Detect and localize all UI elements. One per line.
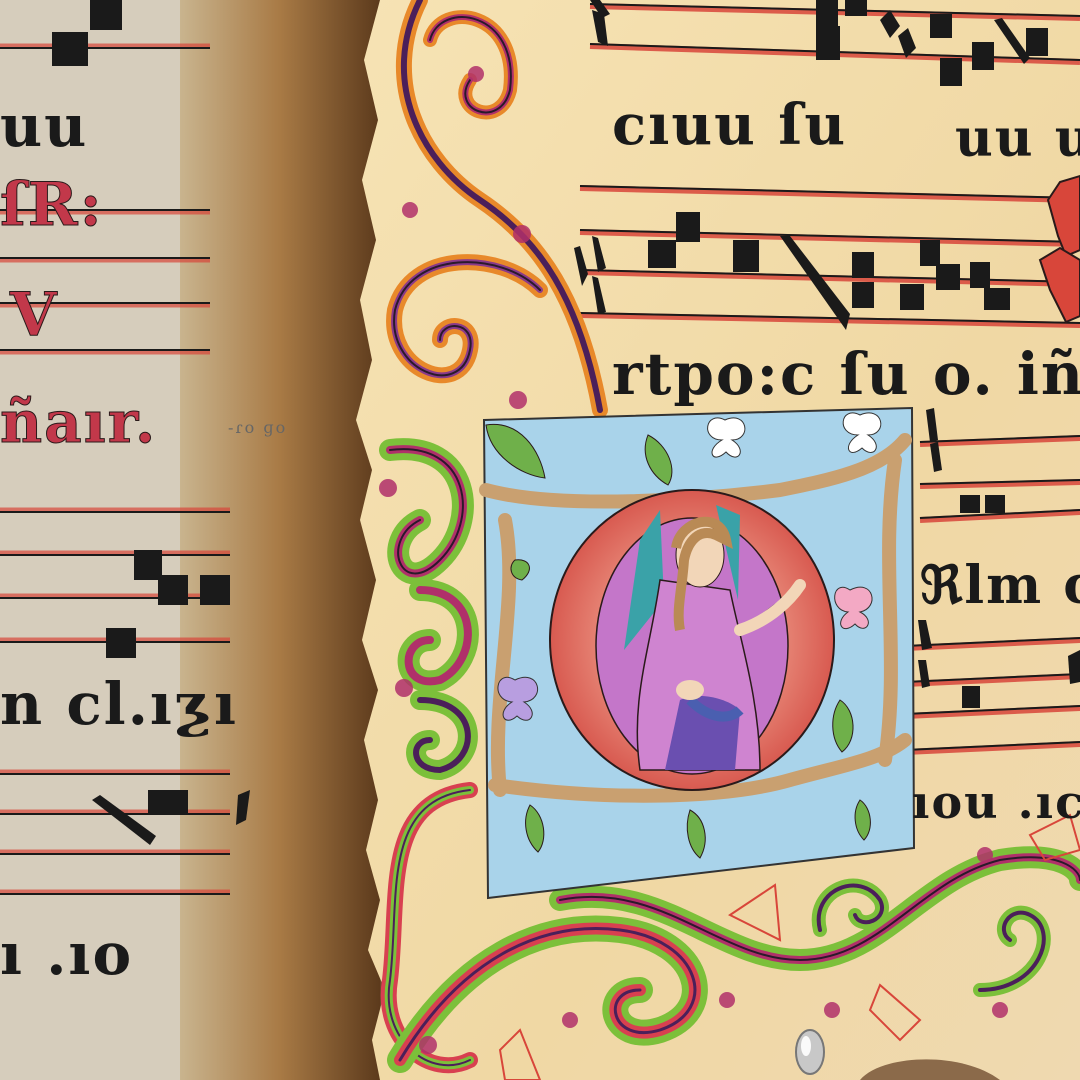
right-text-line-1: cıuu ſu [612,92,847,158]
left-text-line-2: n cl.ıƺı [0,670,238,738]
metal-brad [796,1030,824,1074]
right-text-line-4: ℜlm c [920,555,1080,616]
right-text-line-2: uu u [955,108,1080,169]
right-text-line-3: rtpo:c ſu o. iñ [612,340,1080,408]
left-rubric-line-3: ñaır. [0,388,157,456]
pencil-note: -ɾo ɡo [228,418,287,437]
left-text-line-1: uu [0,92,88,160]
illumination-miniature [484,408,914,898]
left-rubric-line-1: ſR: [0,170,104,240]
left-rubric-line-2: V [10,280,59,350]
manuscript-artwork [0,0,1080,1080]
manuscript-photo: uu ſR: V ñaır. n cl.ıƺı ı .ıo -ɾo ɡo cıu… [0,0,1080,1080]
right-text-line-5: ıou .ıc [912,775,1080,829]
left-text-line-3: ı .ıo [0,920,133,988]
